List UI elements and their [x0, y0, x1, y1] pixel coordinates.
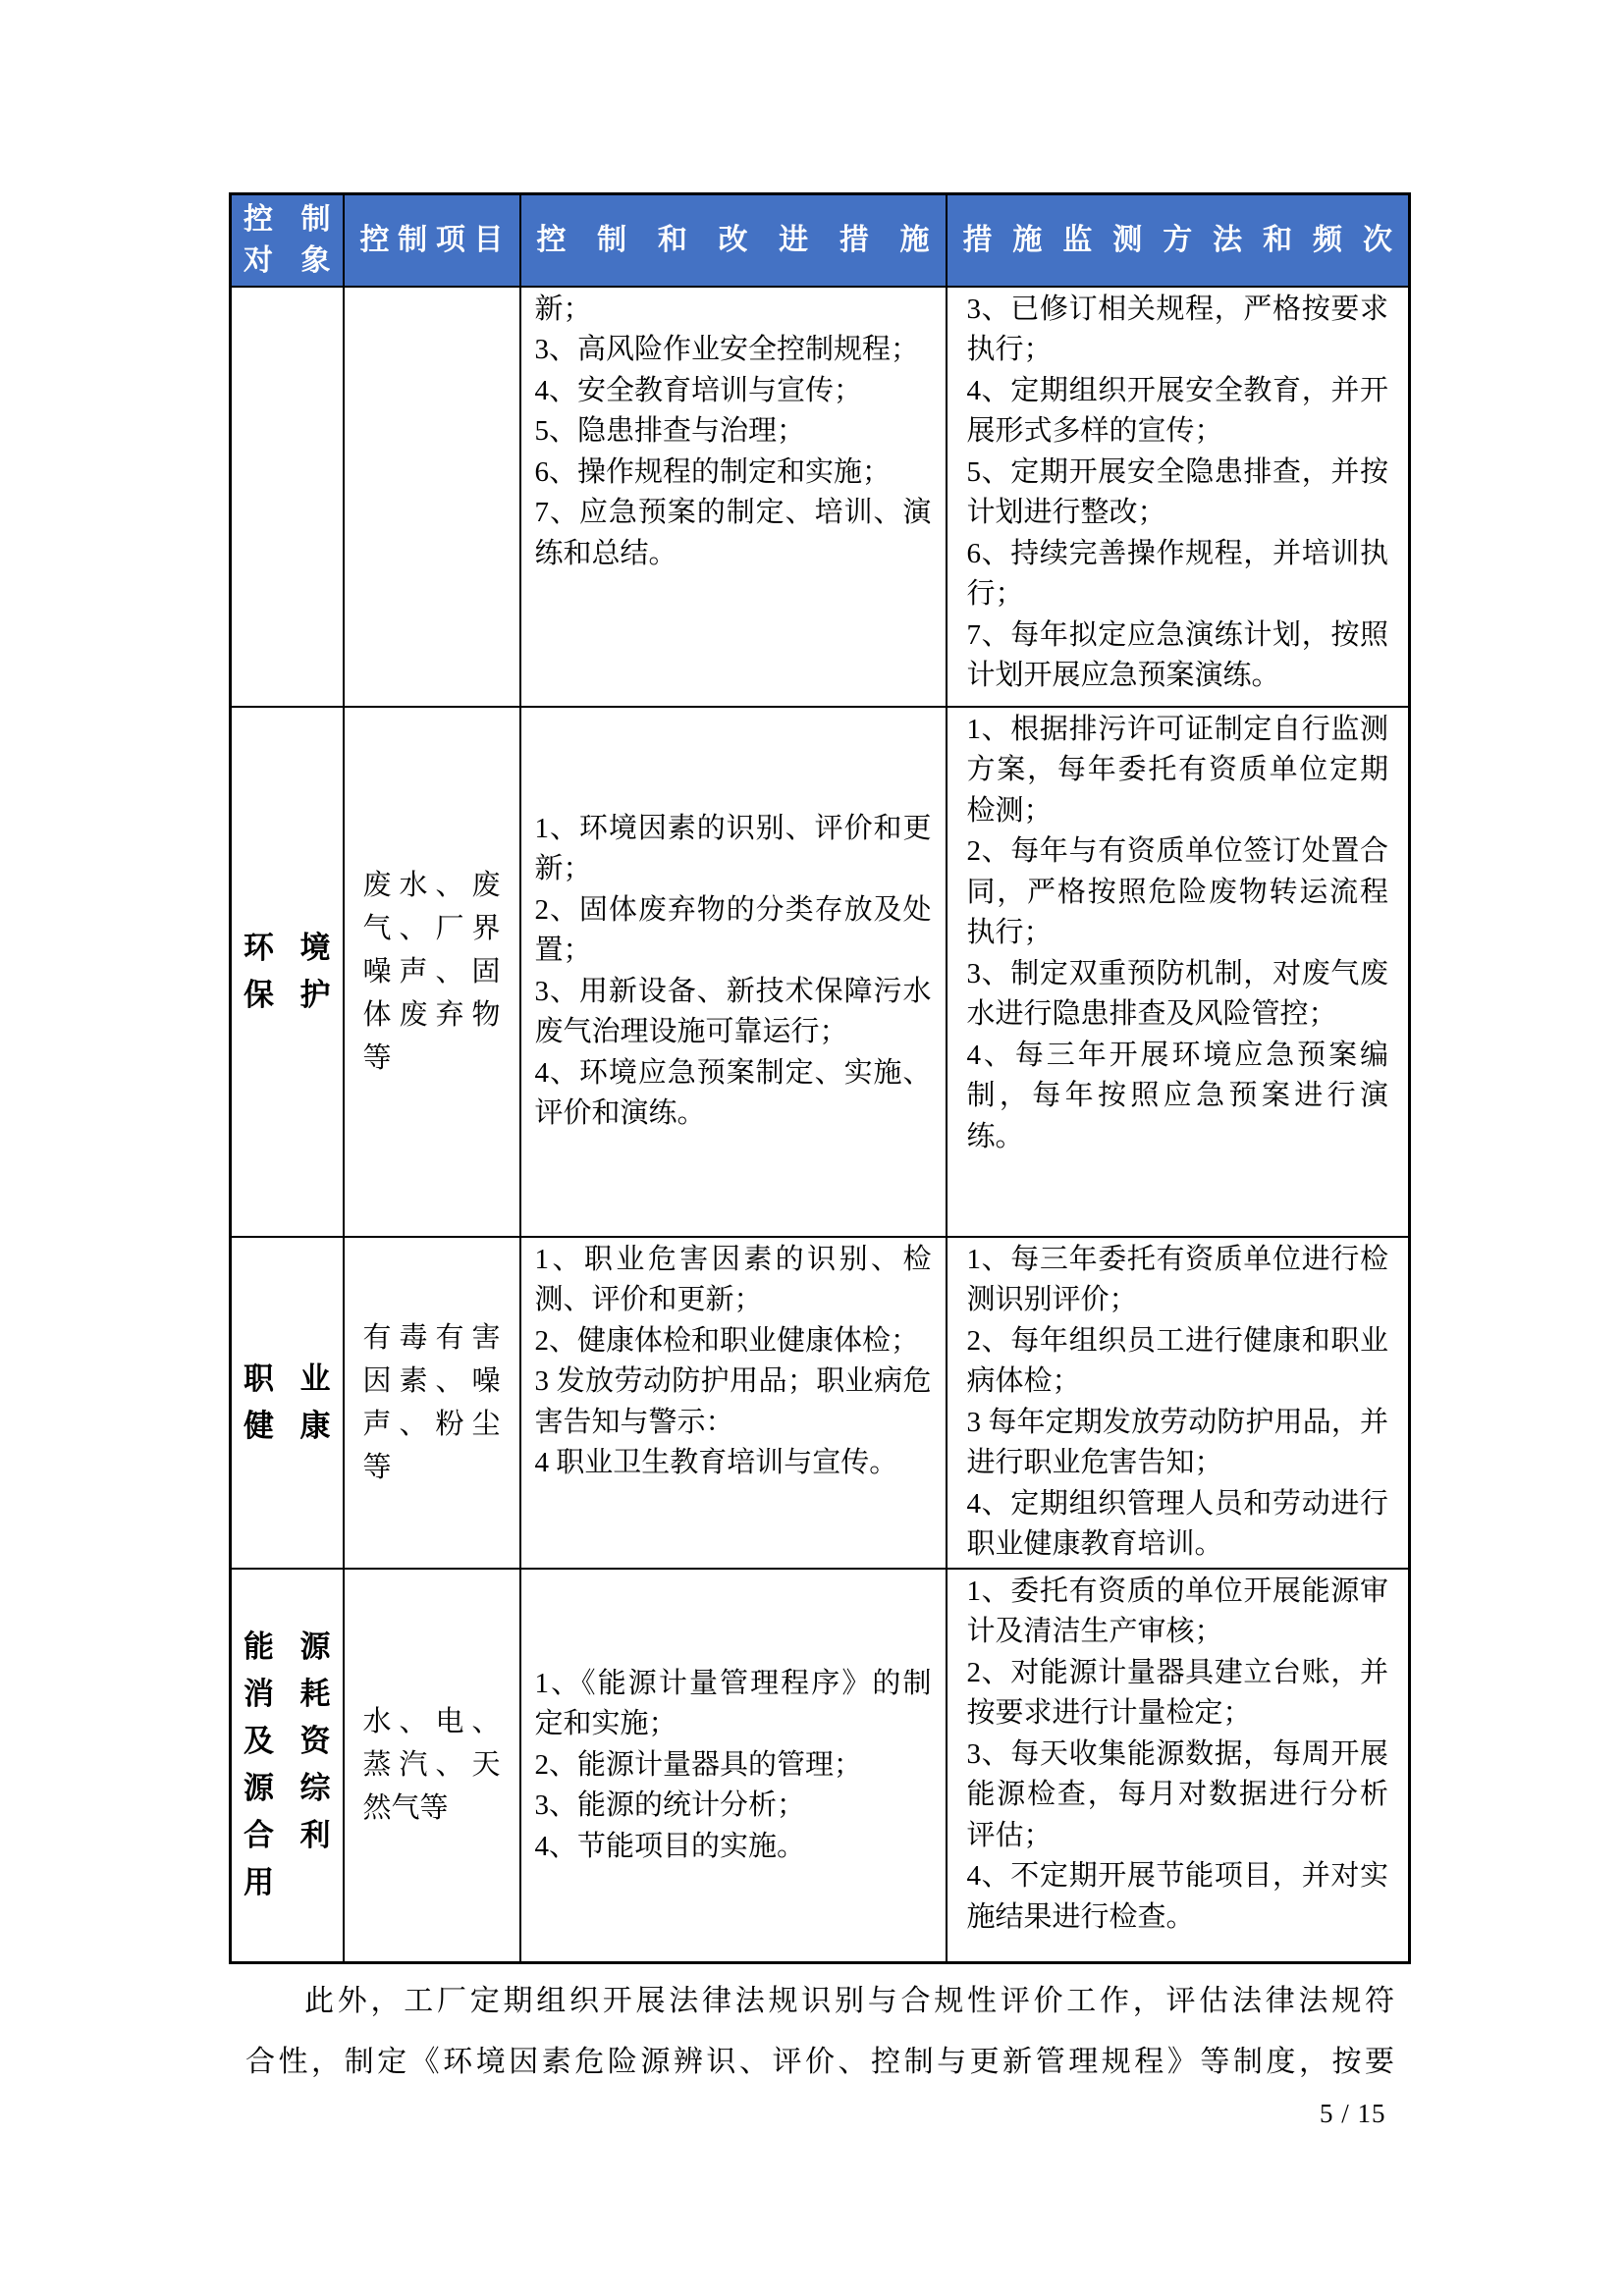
table-header-row: 控制 对象 控制项目 控制和改进措施 措施监测方法和频次	[231, 194, 1410, 287]
energy-monitoring-cell: 1、委托有资质的单位开展能源审计及清洁生产审核； 2、对能源计量器具建立台账，并…	[947, 1569, 1410, 1963]
closing-paragraph: 此外，工厂定期组织开展法律法规识别与合规性评价工作，评估法律法规符 合性，制定《…	[245, 1971, 1394, 2093]
health-measures-cell: 1、职业危害因素的识别、检测、评价和更新； 2、健康体检和职业健康体检； 3 发…	[520, 1237, 947, 1569]
table-row-energy-resources: 能源 消耗 及资 源综 合利 用 水、电、蒸汽、天然气等 1、《能源计量管理程序…	[231, 1569, 1410, 1963]
health-object-cell: 职业 健康	[231, 1237, 344, 1569]
header-cell-control-item: 控制项目	[344, 194, 520, 287]
energy-measures-cell: 1、《能源计量管理程序》的制定和实施； 2、能源计量器具的管理； 3、能源的统计…	[520, 1569, 947, 1963]
energy-item-cell: 水、电、蒸汽、天然气等	[344, 1569, 520, 1963]
health-item-cell: 有毒有害因素、噪声、粉尘等	[344, 1237, 520, 1569]
table-row-safety-continued: 新； 3、高风险作业安全控制规程； 4、安全教育培训与宣传； 5、隐患排查与治理…	[231, 287, 1410, 707]
environment-monitoring-cell: 1、根据排污许可证制定自行监测方案，每年委托有资质单位定期检测； 2、每年与有资…	[947, 707, 1410, 1237]
safety-measures-cell: 新； 3、高风险作业安全控制规程； 4、安全教育培训与宣传； 5、隐患排查与治理…	[520, 287, 947, 707]
environment-item-cell: 废水、废气、厂界噪声、固体废弃物等	[344, 707, 520, 1237]
table-row-environment: 环境 保护 废水、废气、厂界噪声、固体废弃物等 1、环境因素的识别、评价和更新；…	[231, 707, 1410, 1237]
header-cell-control-object: 控制 对象	[231, 194, 344, 287]
control-measures-table: 控制 对象 控制项目 控制和改进措施 措施监测方法和频次 新； 3、高风险作业安…	[229, 192, 1411, 1964]
environment-measures-cell: 1、环境因素的识别、评价和更新； 2、固体废弃物的分类存放及处置； 3、用新设备…	[520, 707, 947, 1237]
header-cell-control-improvement-measures: 控制和改进措施	[520, 194, 947, 287]
health-monitoring-cell: 1、每三年委托有资质单位进行检测识别评价； 2、每年组织员工进行健康和职业病体检…	[947, 1237, 1410, 1569]
document-page: 控制 对象 控制项目 控制和改进措施 措施监测方法和频次 新； 3、高风险作业安…	[0, 0, 1624, 2296]
page-number: 5 / 15	[1320, 2097, 1386, 2130]
environment-object-cell: 环境 保护	[231, 707, 344, 1237]
safety-object-cell	[231, 287, 344, 707]
header-cell-monitoring-method-frequency: 措施监测方法和频次	[947, 194, 1410, 287]
table-row-occupational-health: 职业 健康 有毒有害因素、噪声、粉尘等 1、职业危害因素的识别、检测、评价和更新…	[231, 1237, 1410, 1569]
safety-monitoring-cell: 3、已修订相关规程，严格按要求执行； 4、定期组织开展安全教育，并开展形式多样的…	[947, 287, 1410, 707]
energy-object-cell: 能源 消耗 及资 源综 合利 用	[231, 1569, 344, 1963]
safety-item-cell	[344, 287, 520, 707]
